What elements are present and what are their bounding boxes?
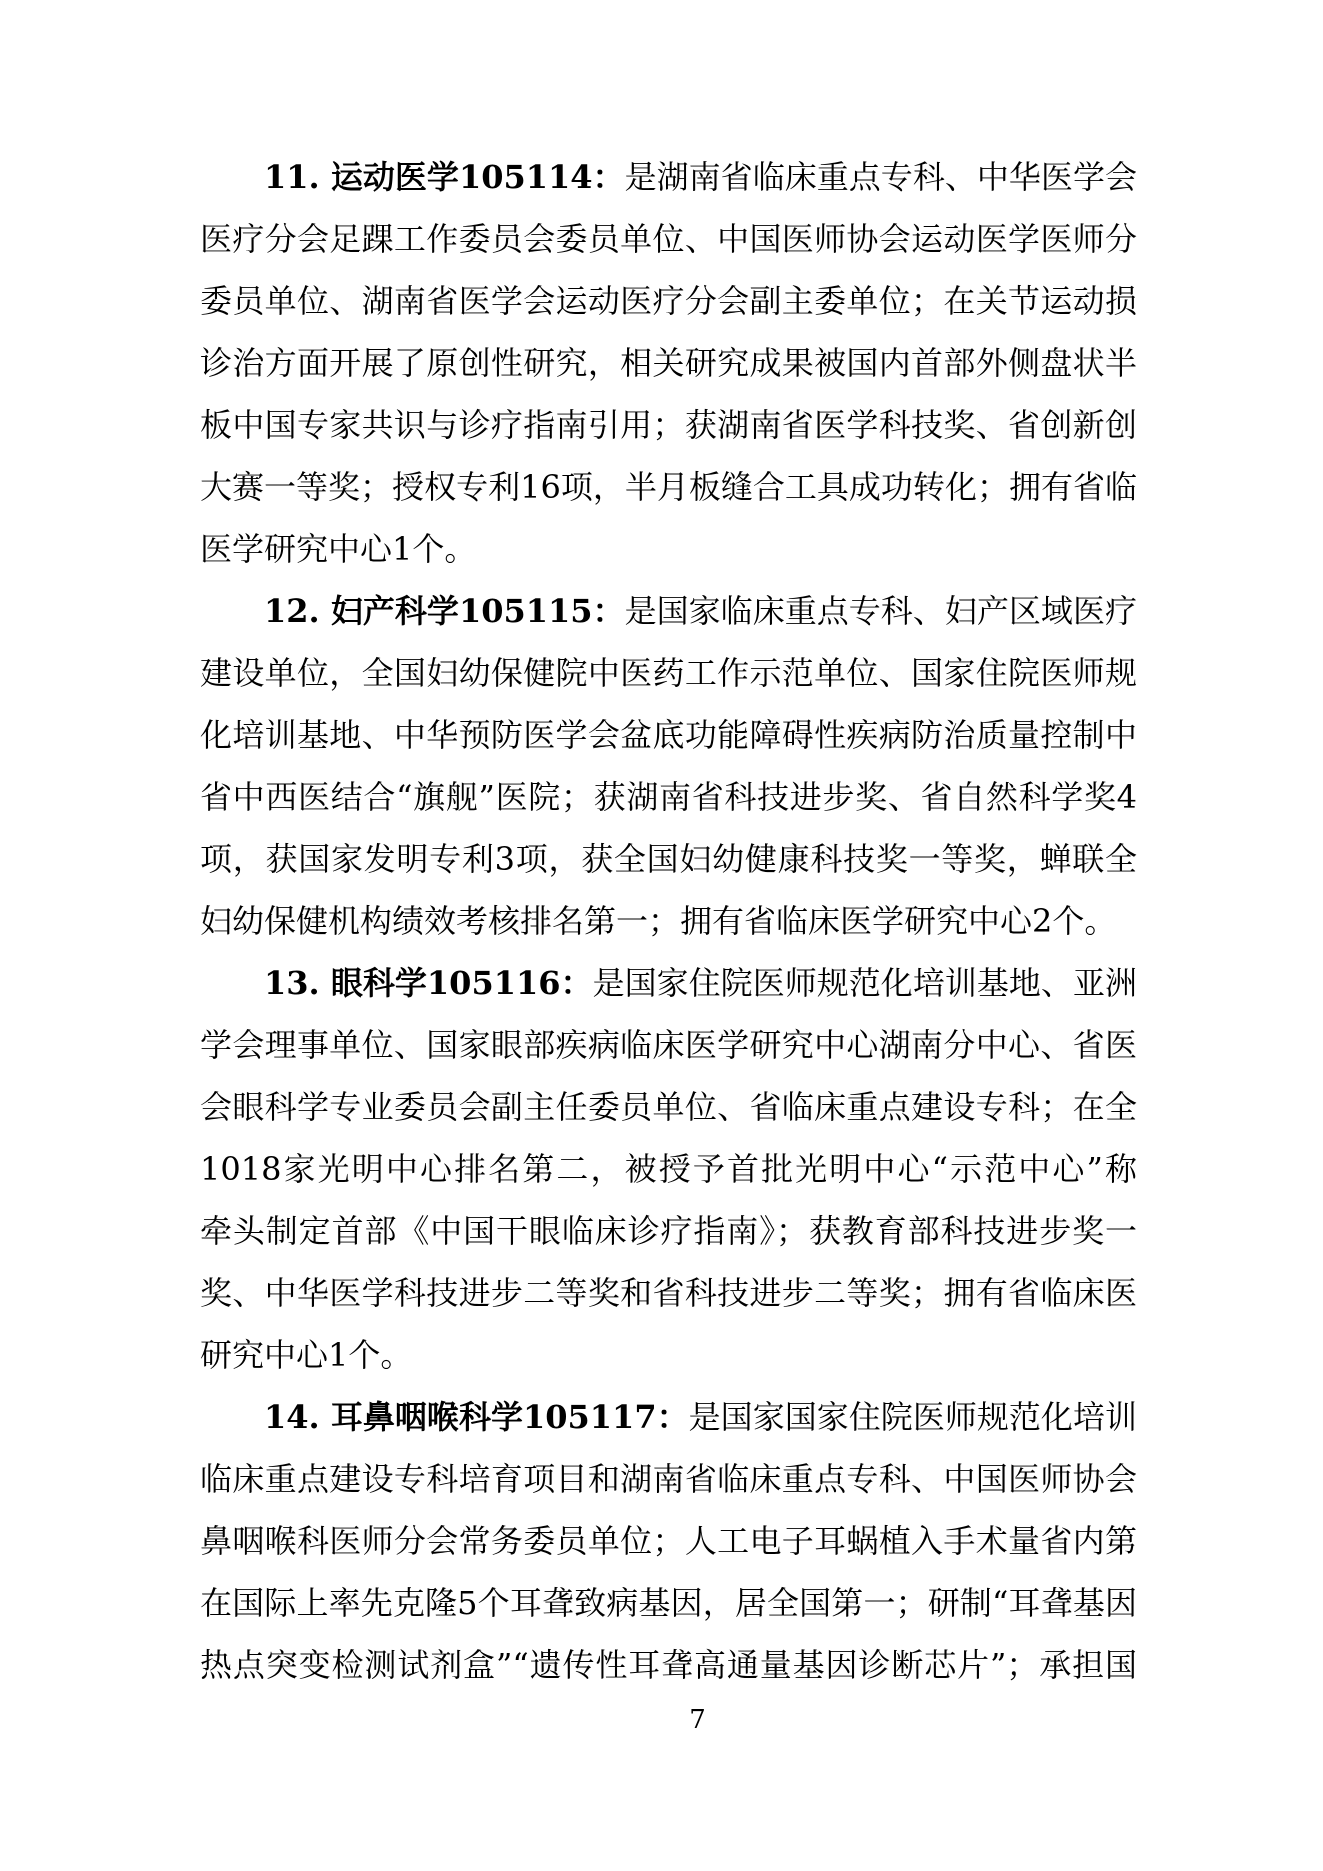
- document-content: 11. 运动医学105114：是湖南省临床重点专科、中华医学会运动医疗分会足踝工…: [200, 146, 1137, 1696]
- paragraph-heading: 11. 运动医学105114：: [264, 158, 625, 196]
- text-line: 医学研究中心1个。: [200, 518, 1137, 580]
- text-line: 妇幼保健机构绩效考核排名第一；拥有省临床医学研究中心2个。: [200, 890, 1137, 952]
- page-footer: 7: [200, 1700, 1137, 1740]
- text-line: 热点突变检测试剂盒”“遗传性耳聋高通量基因诊断芯片”；承担国: [200, 1634, 1137, 1696]
- document-page: 11. 运动医学105114：是湖南省临床重点专科、中华医学会运动医疗分会足踝工…: [0, 0, 1323, 1871]
- text-line: 在国际上率先克隆5个耳聋致病基因，居全国第一；研制“耳聋基因: [200, 1572, 1137, 1634]
- text-line: 学会理事单位、国家眼部疾病临床医学研究中心湖南分中心、省医学: [200, 1014, 1137, 1076]
- text-line: 化培训基地、中华预防医学会盆底功能障碍性疾病防治质量控制中心、: [200, 704, 1137, 766]
- text-line: 诊治方面开展了原创性研究，相关研究成果被国内首部外侧盘状半月: [200, 332, 1137, 394]
- text-line: 临床重点建设专科培育项目和湖南省临床重点专科、中国医师协会耳: [200, 1448, 1137, 1510]
- paragraph-first-line: 12. 妇产科学105115：是国家临床重点专科、妇产区域医疗中心: [200, 580, 1137, 642]
- paragraph-first-line: 11. 运动医学105114：是湖南省临床重点专科、中华医学会运动: [200, 146, 1137, 208]
- text-line: 委员单位、湖南省医学会运动医疗分会副主委单位；在关节运动损伤: [200, 270, 1137, 332]
- text-line: 项，获国家发明专利3项，获全国妇幼健康科技奖一等奖，蝉联全国: [200, 828, 1137, 890]
- text-line: 1018家光明中心排名第二，被授予首批光明中心“示范中心”称号；: [200, 1138, 1137, 1200]
- text-line: 鼻咽喉科医师分会常务委员单位；人工电子耳蜗植入手术量省内第一；: [200, 1510, 1137, 1572]
- text-line: 研究中心1个。: [200, 1324, 1137, 1386]
- paragraph-first-line: 13. 眼科学105116：是国家住院医师规范化培训基地、亚洲角膜: [200, 952, 1137, 1014]
- text-line: 牵头制定首部《中国干眼临床诊疗指南》；获教育部科技进步奖一等: [200, 1200, 1137, 1262]
- paragraph-first-line: 14. 耳鼻咽喉科学105117：是国家国家住院医师规范化培训基地、: [200, 1386, 1137, 1448]
- text-line: 会眼科学专业委员会副主任委员单位、省临床重点建设专科；在全国: [200, 1076, 1137, 1138]
- paragraph-heading: 13. 眼科学105116：: [264, 964, 593, 1002]
- text-line: 大赛一等奖；授权专利16项，半月板缝合工具成功转化；拥有省临床: [200, 456, 1137, 518]
- text-line: 板中国专家共识与诊疗指南引用；获湖南省医学科技奖、省创新创业: [200, 394, 1137, 456]
- paragraph-heading: 14. 耳鼻咽喉科学105117：: [264, 1398, 689, 1436]
- page-number: 7: [689, 1705, 706, 1735]
- text-line: 省中西医结合“旗舰”医院；获湖南省科技进步奖、省自然科学奖4: [200, 766, 1137, 828]
- text-line: 医疗分会足踝工作委员会委员单位、中国医师协会运动医学医师分会: [200, 208, 1137, 270]
- text-line: 奖、中华医学科技进步二等奖和省科技进步二等奖；拥有省临床医学: [200, 1262, 1137, 1324]
- paragraph-heading: 12. 妇产科学105115：: [264, 592, 625, 630]
- text-line: 建设单位，全国妇幼保健院中医药工作示范单位、国家住院医师规范: [200, 642, 1137, 704]
